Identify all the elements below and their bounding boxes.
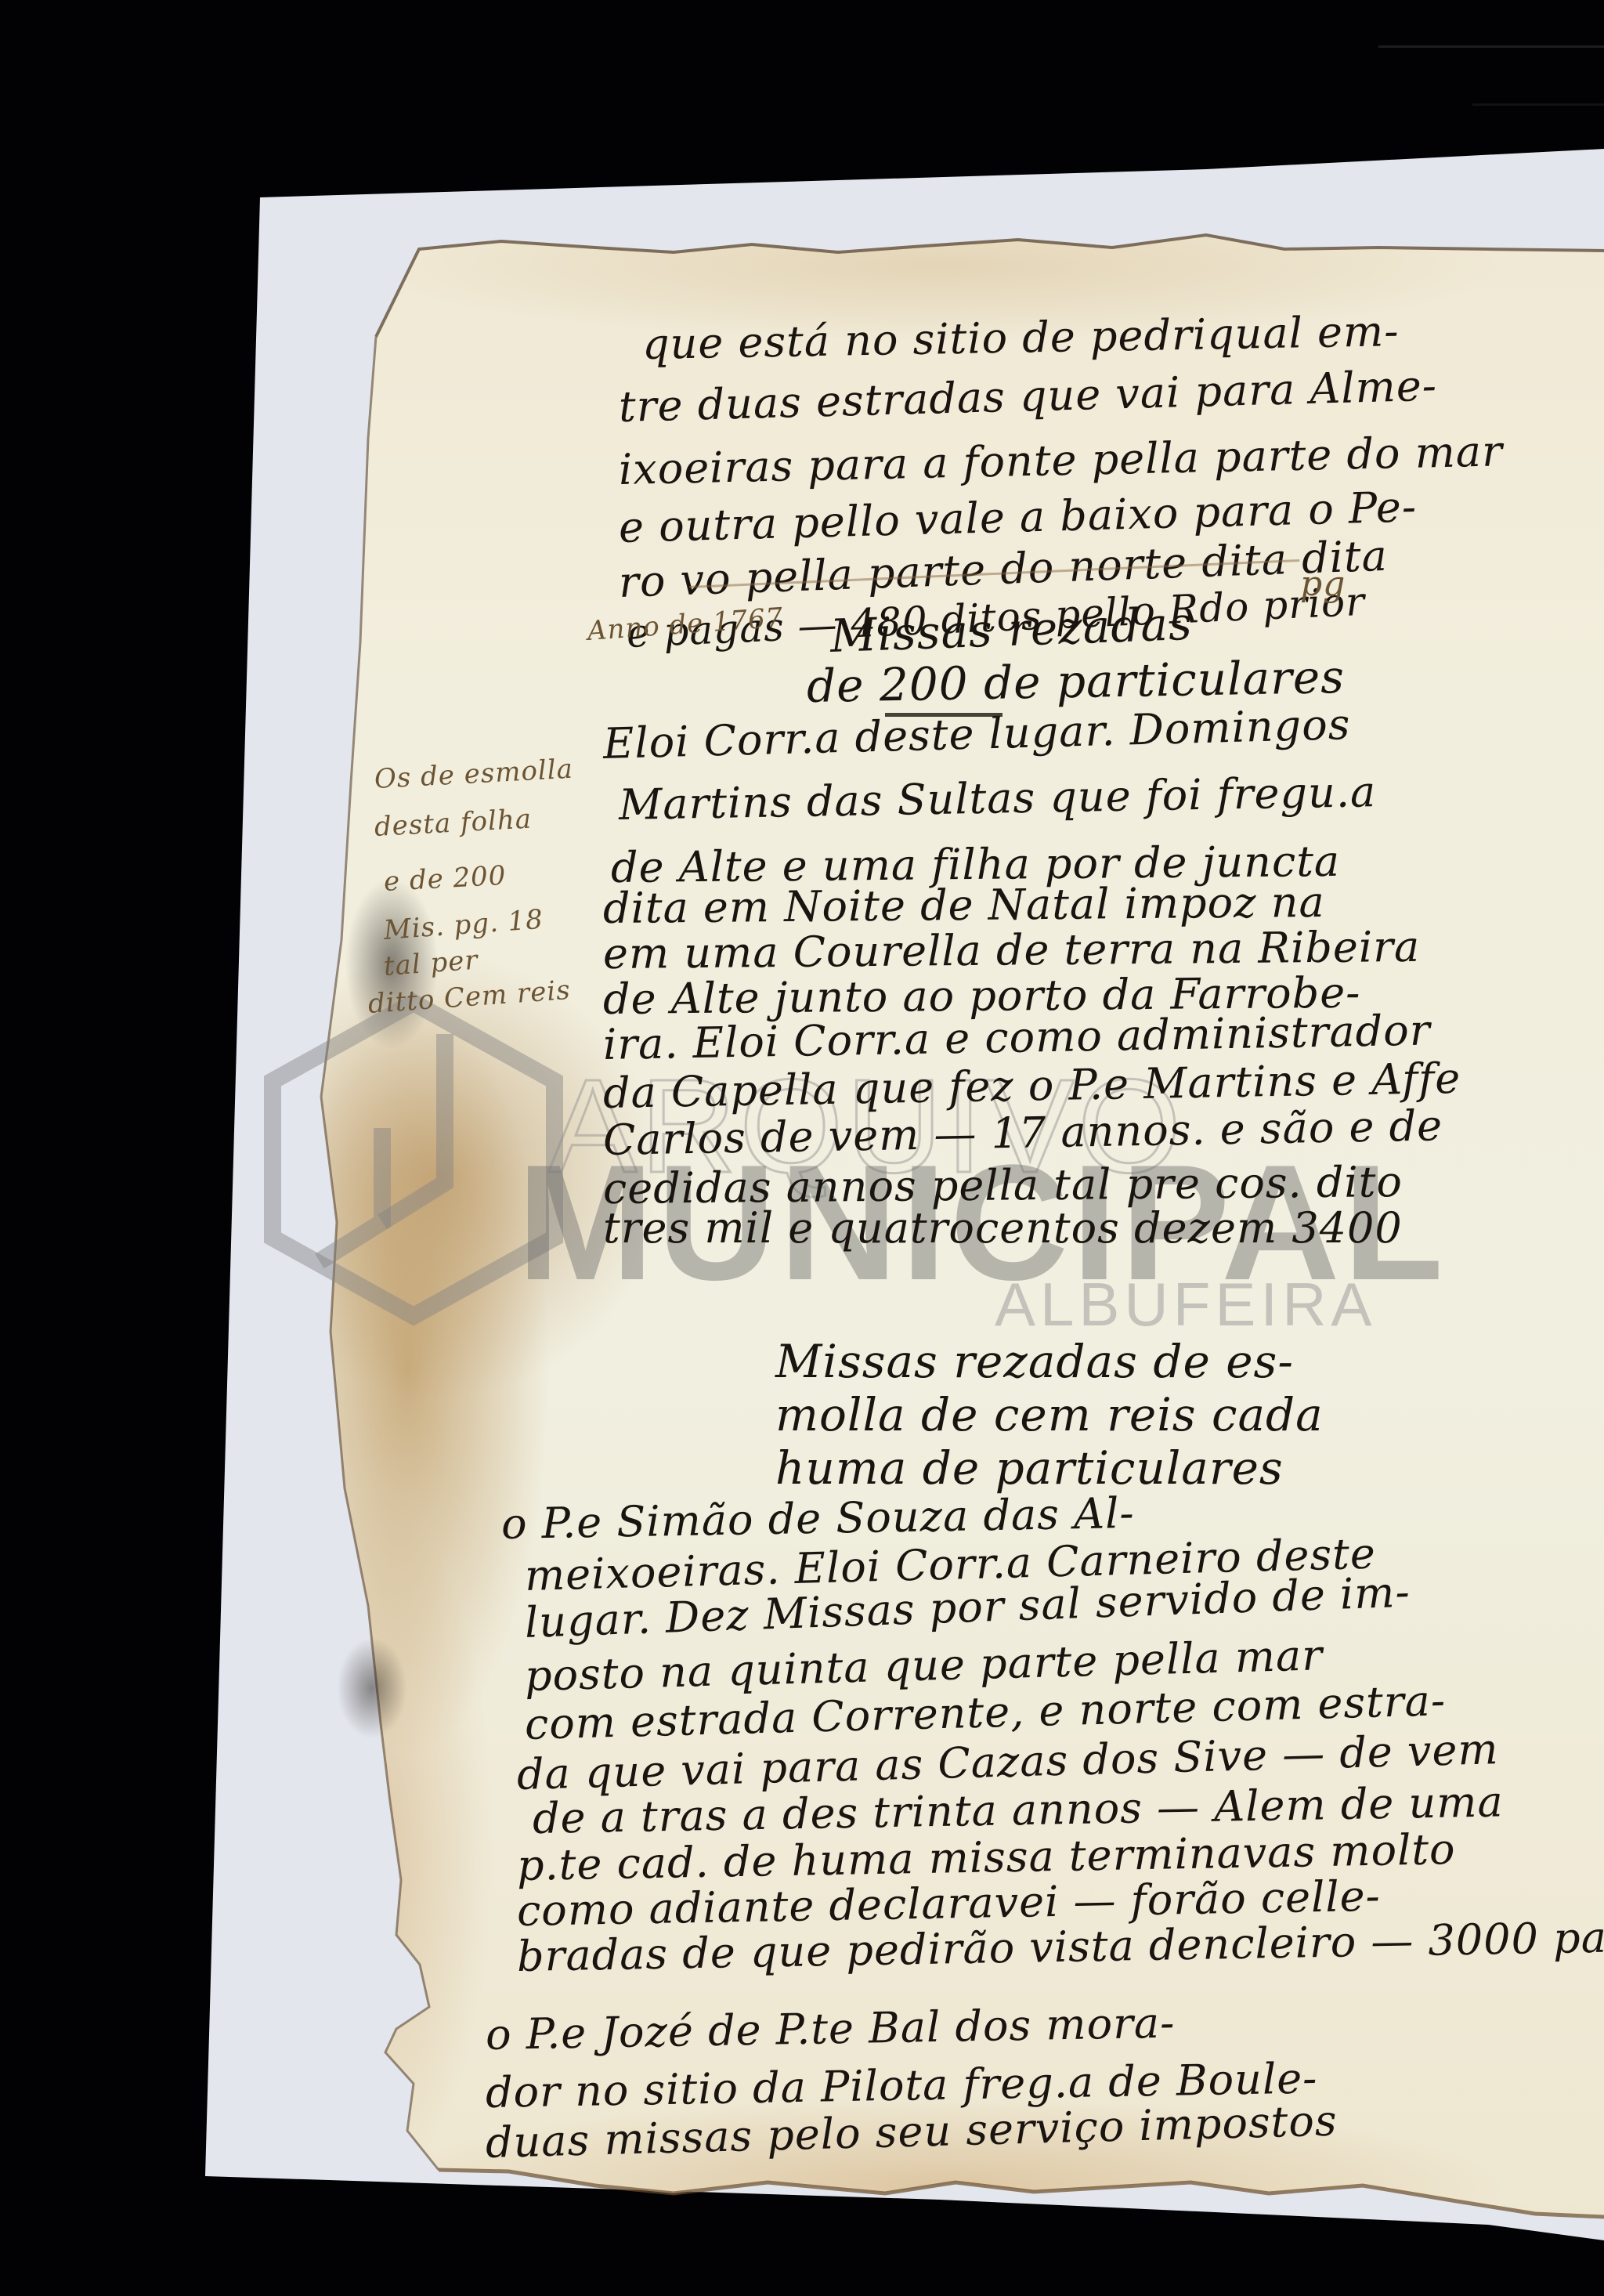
- scanner-edge-streak: [1472, 103, 1604, 106]
- section-heading: molla de cem reis cada: [775, 1388, 1324, 1441]
- text-line: tres mil e quatrocentos dezem 3400: [603, 1203, 1403, 1253]
- margin-note-line: tal per: [383, 945, 479, 982]
- scanner-edge-streak: [1378, 45, 1604, 48]
- margin-note-line: e de 200: [383, 860, 507, 898]
- margin-note-pg: pg: [1300, 564, 1346, 604]
- section-heading: huma de particulares: [775, 1441, 1284, 1495]
- section-heading: Missas rezadas de es-: [775, 1335, 1294, 1388]
